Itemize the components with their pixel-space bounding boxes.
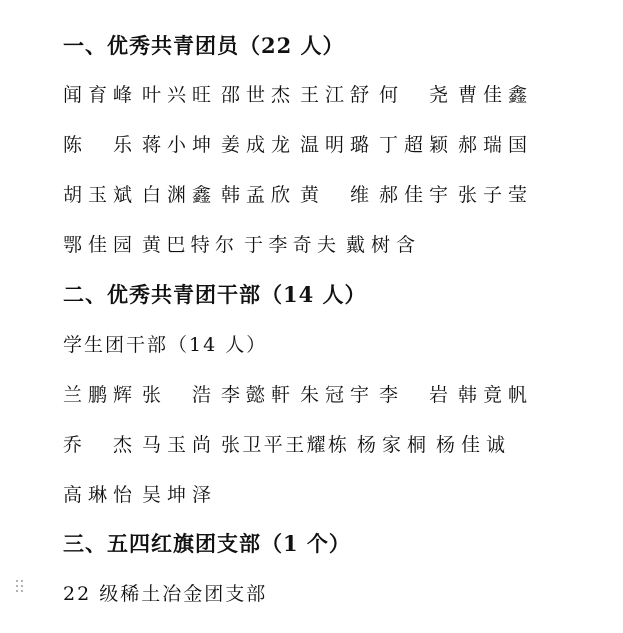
person-name: 李 岩 xyxy=(379,380,448,407)
person-name: 丁超颖 xyxy=(379,130,448,157)
person-name: 王江舒 xyxy=(300,80,369,107)
section-heading-outstanding-cadres: 二、优秀共青团干部（14 人） xyxy=(63,279,367,309)
name-row: 闻育峰叶兴旺邵世杰王江舒何 尧曹佳鑫 xyxy=(63,80,537,107)
person-name: 李懿軒 xyxy=(221,380,290,407)
person-name: 姜成龙 xyxy=(221,130,290,157)
person-name: 戴树含 xyxy=(346,230,415,257)
drag-handle-icon[interactable] xyxy=(16,580,26,596)
person-name: 韩孟欣 xyxy=(221,180,290,207)
person-name: 郝佳宇 xyxy=(379,180,448,207)
person-name: 兰鹏辉 xyxy=(63,380,132,407)
name-row: 鄂佳园黄巴特尔于李奇夫戴树含 xyxy=(63,230,425,257)
person-name: 叶兴旺 xyxy=(142,80,211,107)
name-row: 高琳怡吴坤泽 xyxy=(63,480,221,507)
person-name: 胡玉斌 xyxy=(63,180,132,207)
branch-item: 22 级稀土冶金团支部 xyxy=(63,579,267,606)
person-name: 鄂佳园 xyxy=(63,230,132,257)
subheading-student-cadres: 学生团干部（14 人） xyxy=(63,330,267,357)
person-name: 吴坤泽 xyxy=(142,480,211,507)
person-name: 杨家桐 xyxy=(357,430,426,457)
person-name: 陈 乐 xyxy=(63,130,132,157)
person-name: 郝瑞国 xyxy=(458,130,527,157)
name-row: 陈 乐蒋小坤姜成龙温明璐丁超颖郝瑞国 xyxy=(63,130,537,157)
person-name: 白渊鑫 xyxy=(142,180,211,207)
person-name: 张 浩 xyxy=(142,380,211,407)
name-row: 乔 杰马玉尚张卫平王耀栋杨家桐杨佳诚 xyxy=(63,430,515,457)
person-name: 黄巴特尔 xyxy=(142,230,234,257)
section-heading-red-flag-branch: 三、五四红旗团支部（1 个） xyxy=(63,528,351,558)
person-name: 张卫平王耀栋 xyxy=(221,430,347,457)
name-row: 胡玉斌白渊鑫韩孟欣黄 维郝佳宇张子莹 xyxy=(63,180,537,207)
person-name: 曹佳鑫 xyxy=(458,80,527,107)
person-name: 杨佳诚 xyxy=(436,430,505,457)
person-name: 马玉尚 xyxy=(142,430,211,457)
person-name: 邵世杰 xyxy=(221,80,290,107)
person-name: 黄 维 xyxy=(300,180,369,207)
person-name: 高琳怡 xyxy=(63,480,132,507)
person-name: 闻育峰 xyxy=(63,80,132,107)
section-heading-outstanding-members: 一、优秀共青团员（22 人） xyxy=(63,30,345,60)
person-name: 韩竟帆 xyxy=(458,380,527,407)
person-name: 蒋小坤 xyxy=(142,130,211,157)
name-row: 兰鹏辉张 浩李懿軒朱冠宇李 岩韩竟帆 xyxy=(63,380,537,407)
person-name: 何 尧 xyxy=(379,80,448,107)
person-name: 于李奇夫 xyxy=(244,230,336,257)
person-name: 乔 杰 xyxy=(63,430,132,457)
person-name: 温明璐 xyxy=(300,130,369,157)
person-name: 张子莹 xyxy=(458,180,527,207)
person-name: 朱冠宇 xyxy=(300,380,369,407)
